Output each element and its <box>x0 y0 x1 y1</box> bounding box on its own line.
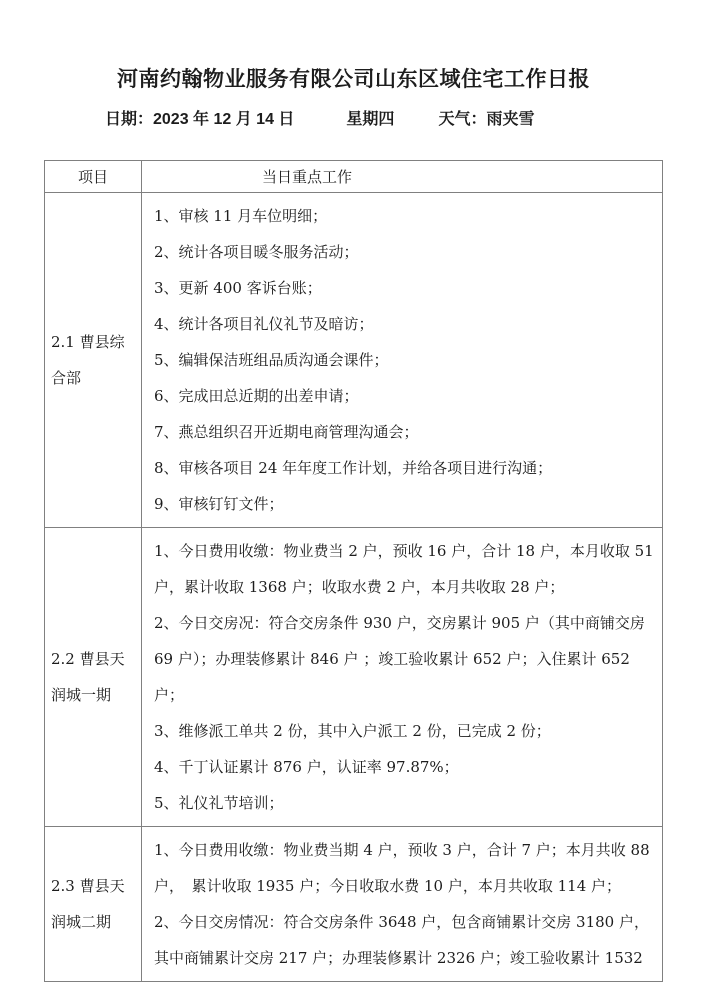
work-item: 2、今日交房况：符合交房条件 930 户，交房累计 905 户（其中商铺交房 6… <box>154 605 654 713</box>
work-item: 1、今日费用收缴：物业费当期 4 户，预收 3 户，合计 7 户；本月共收 88… <box>154 832 654 904</box>
work-item: 2、今日交房情况：符合交房条件 3648 户，包含商铺累计交房 3180 户，其… <box>154 904 654 976</box>
work-item: 3、维修派工单共 2 份，其中入户派工 2 份，已完成 2 份； <box>154 713 654 749</box>
work-item: 5、礼仪礼节培训； <box>154 785 654 821</box>
work-item: 1、审核 11 月车位明细； <box>154 198 654 234</box>
document-title: 河南约翰物业服务有限公司山东区域住宅工作日报 <box>0 64 707 96</box>
document-page: 河南约翰物业服务有限公司山东区域住宅工作日报 日期：2023 年 12 月 14… <box>0 0 707 999</box>
work-item: 6、完成田总近期的出差申请； <box>154 378 654 414</box>
column-header-work: 当日重点工作 <box>142 161 663 193</box>
work-item: 9、审核钉钉文件； <box>154 486 654 522</box>
work-cell: 1、今日费用收缴：物业费当期 4 户，预收 3 户，合计 7 户；本月共收 88… <box>142 827 663 982</box>
work-item: 2、统计各项目暖冬服务活动； <box>154 234 654 270</box>
weather-value: 天气：雨夹雪 <box>438 111 534 128</box>
work-item: 3、更新 400 客诉台账； <box>154 270 654 306</box>
table-header-row: 项目 当日重点工作 <box>45 161 663 193</box>
work-item: 8、审核各项目 24 年年度工作计划，并给各项目进行沟通； <box>154 450 654 486</box>
weekday-value: 星期四 <box>346 111 394 128</box>
project-cell: 2.3 曹县天润城二期 <box>45 827 142 982</box>
work-cell: 1、今日费用收缴：物业费当 2 户，预收 16 户，合计 18 户，本月收取 5… <box>142 528 663 827</box>
date-line: 日期：2023 年 12 月 14 日星期四天气：雨夹雪 <box>105 109 707 131</box>
date-value: 日期：2023 年 12 月 14 日 <box>105 111 294 128</box>
work-item: 1、今日费用收缴：物业费当 2 户，预收 16 户，合计 18 户，本月收取 5… <box>154 533 654 605</box>
table-row: 2.1 曹县综合部1、审核 11 月车位明细；2、统计各项目暖冬服务活动；3、更… <box>45 193 663 528</box>
work-item: 4、千丁认证累计 876 户，认证率 97.87%； <box>154 749 654 785</box>
column-header-project: 项目 <box>45 161 142 193</box>
work-item: 7、燕总组织召开近期电商管理沟通会； <box>154 414 654 450</box>
work-item: 5、编辑保洁班组品质沟通会课件； <box>154 342 654 378</box>
table-row: 2.3 曹县天润城二期1、今日费用收缴：物业费当期 4 户，预收 3 户，合计 … <box>45 827 663 982</box>
table-row: 2.2 曹县天润城一期1、今日费用收缴：物业费当 2 户，预收 16 户，合计 … <box>45 528 663 827</box>
work-cell: 1、审核 11 月车位明细；2、统计各项目暖冬服务活动；3、更新 400 客诉台… <box>142 193 663 528</box>
project-cell: 2.1 曹县综合部 <box>45 193 142 528</box>
project-cell: 2.2 曹县天润城一期 <box>45 528 142 827</box>
daily-report-table: 项目 当日重点工作 2.1 曹县综合部1、审核 11 月车位明细；2、统计各项目… <box>44 160 663 982</box>
work-item: 4、统计各项目礼仪礼节及暗访； <box>154 306 654 342</box>
